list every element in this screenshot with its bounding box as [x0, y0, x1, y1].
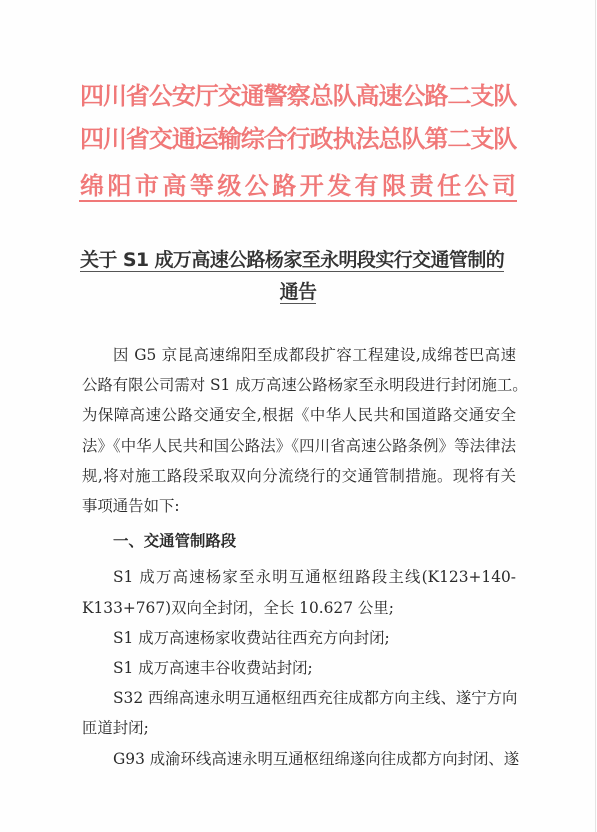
- issuer-traffic-police: 四川省公安厅交通警察总队高速公路二支队: [80, 84, 516, 108]
- item-line: S1 成万高速杨家至永明互通枢纽路段主线(K123+140-: [82, 562, 516, 592]
- section-item: S32 西绵高速永明互通枢纽西充往成都方向主线、遂宁方向 匝道封闭;: [82, 683, 516, 743]
- section-item: S1 成万高速杨家至永明互通枢纽路段主线(K123+140- K133+767)…: [82, 562, 516, 622]
- issuer-highway-company: 绵阳市高等级公路开发有限责任公司: [80, 174, 516, 198]
- notice-title-line1: 关于 S1 成万高速公路杨家至永明段实行交通管制的: [80, 249, 516, 271]
- intro-line: 公路有限公司需对 S1 成万高速公路杨家至永明段进行封闭施工。: [82, 370, 516, 400]
- item-line: S32 西绵高速永明互通枢纽西充往成都方向主线、遂宁方向: [82, 683, 516, 713]
- notice-body: 因 G5 京昆高速绵阳至成都段扩容工程建设,成绵苍巴高速 公路有限公司需对 S1…: [82, 340, 516, 774]
- red-header-rule: [79, 200, 517, 202]
- item-line: 匝道封闭;: [82, 713, 516, 743]
- intro-line: 为保障高速公路交通安全,根据《中华人民共和国道路交通安全: [82, 400, 516, 430]
- section-item: G93 成渝环线高速永明互通枢纽绵遂向往成都方向封闭、遂: [82, 744, 516, 774]
- intro-line: 规,将对施工路段采取双向分流绕行的交通管制措施。现将有关: [82, 461, 516, 491]
- issuer-transport-enforcement: 四川省交通运输综合行政执法总队第二支队: [80, 127, 516, 151]
- page-edge-line: [595, 0, 596, 832]
- intro-line: 法》《中华人民共和国公路法》《四川省高速公路条例》等法律法: [82, 431, 516, 461]
- section-heading: 一、交通管制路段: [82, 521, 516, 562]
- item-line: G93 成渝环线高速永明互通枢纽绵遂向往成都方向封闭、遂: [82, 744, 516, 774]
- notice-title-text2: 通告: [280, 281, 317, 304]
- item-line: S1 成万高速杨家收费站往西充方向封闭;: [82, 623, 516, 653]
- section-item: S1 成万高速丰谷收费站封闭;: [82, 653, 516, 683]
- intro-line: 事项通告如下:: [82, 491, 516, 521]
- notice-title-line2: 通告: [80, 281, 516, 303]
- intro-paragraph: 因 G5 京昆高速绵阳至成都段扩容工程建设,成绵苍巴高速 公路有限公司需对 S1…: [82, 340, 516, 521]
- item-line: S1 成万高速丰谷收费站封闭;: [82, 653, 516, 683]
- section-item: S1 成万高速杨家收费站往西充方向封闭;: [82, 623, 516, 653]
- item-line: K133+767)双向全封闭，全长 10.627 公里;: [82, 593, 516, 623]
- notice-title-text1: 关于 S1 成万高速公路杨家至永明段实行交通管制的: [80, 249, 504, 272]
- intro-line: 因 G5 京昆高速绵阳至成都段扩容工程建设,成绵苍巴高速: [82, 340, 516, 370]
